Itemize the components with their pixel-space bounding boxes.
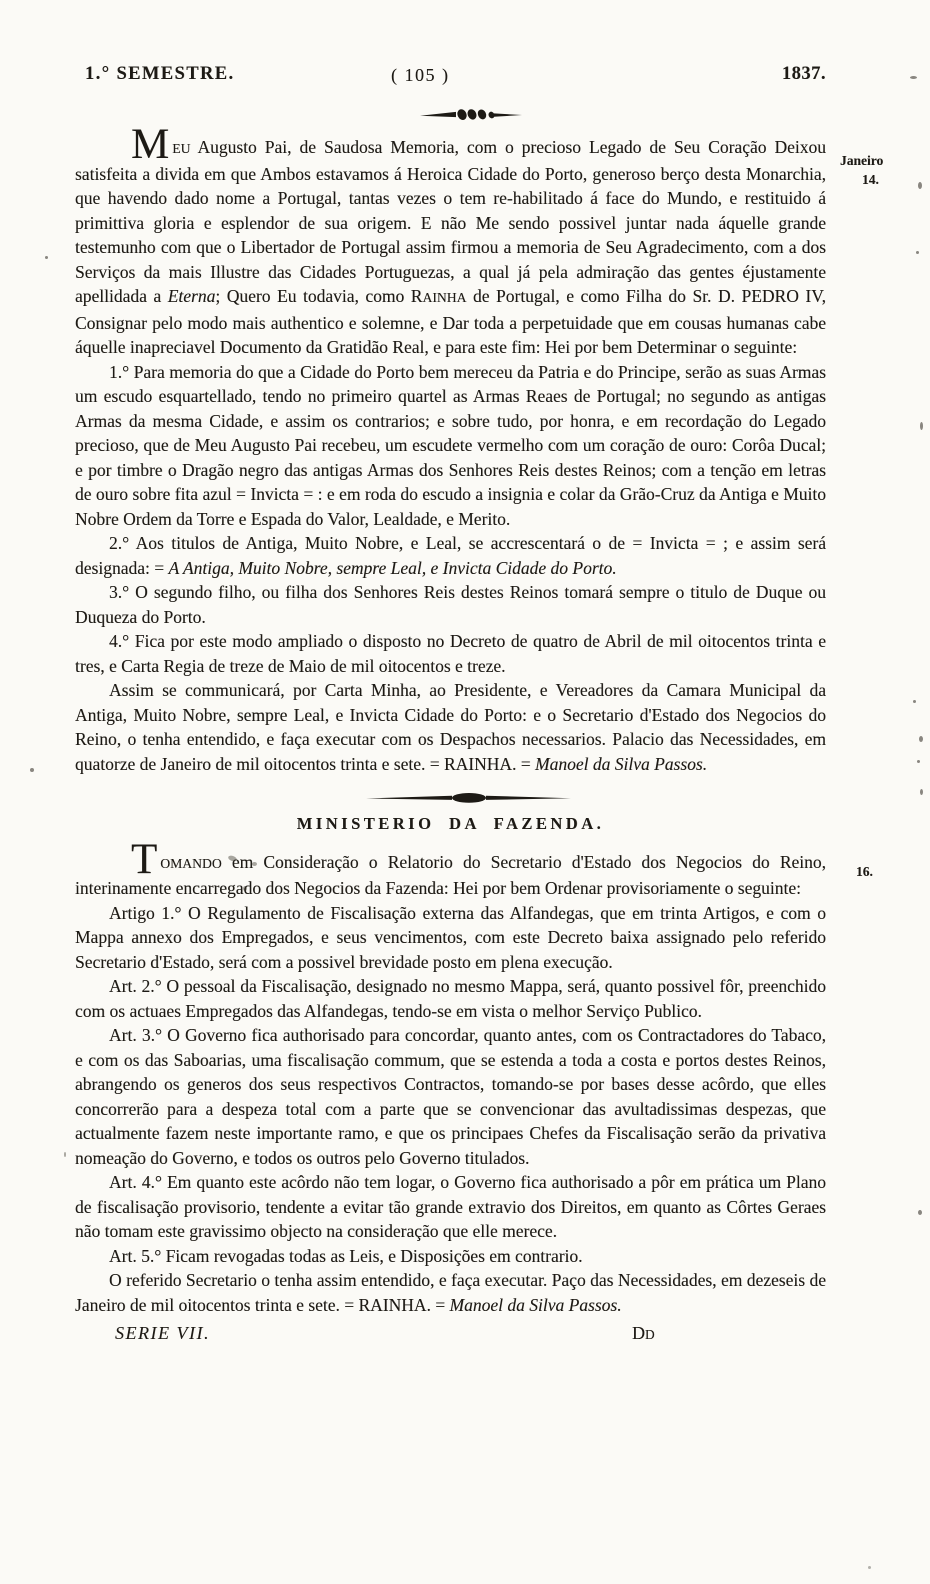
gazette-page: 1.° SEMESTRE. ( 105 ) 1837. Janeiro 14. … <box>0 0 930 1584</box>
scan-speck <box>910 76 917 79</box>
scan-speck <box>45 256 48 259</box>
decree1-article-2: 2.° Aos titulos de Antiga, Muito Nobre, … <box>75 531 826 580</box>
scan-speck <box>243 886 247 891</box>
text-segment: Manoel da Silva Passos. <box>450 1295 622 1315</box>
text-block: 1.° SEMESTRE. ( 105 ) 1837. Janeiro 14. … <box>75 62 826 1353</box>
ornament-swelled-rule-icon <box>366 792 571 804</box>
text-segment: OMANDO <box>160 856 221 871</box>
signature-mark: DD <box>632 1321 655 1348</box>
text-segment: Augusto Pai, de Saudosa Memoria, com o p… <box>75 137 826 306</box>
text-segment: Art. 4.° Em quanto este acôrdo não tem l… <box>75 1172 826 1241</box>
decree2-article-3: Art. 3.° O Governo fica authorisado para… <box>75 1023 826 1170</box>
decree2-article-5: Art. 5.° Ficam revogadas todas as Leis, … <box>75 1244 826 1269</box>
scan-speck <box>64 1152 66 1157</box>
decree2-article-1: Artigo 1.° O Regulamento de Fiscalisação… <box>75 901 826 975</box>
scan-speck <box>920 789 923 795</box>
text-segment: Artigo 1.° O Regulamento de Fiscalisação… <box>75 903 826 972</box>
decree-january-14: Janeiro 14. MEU Augusto Pai, de Saudosa … <box>75 135 826 776</box>
text-segment: Art. 5.° Ficam revogadas todas as Leis, … <box>109 1246 583 1266</box>
text-segment: ; Quero Eu todavia, como R <box>215 286 422 306</box>
decree1-article-4: 4.° Fica por este modo ampliado o dispos… <box>75 629 826 678</box>
text-segment: Assim se communicará, por Carta Minha, a… <box>75 680 826 774</box>
decree1-article-1: 1.° Para memoria do que a Cidade do Port… <box>75 360 826 532</box>
scan-speck <box>916 251 919 254</box>
margin-note-16: 16. <box>856 862 930 881</box>
scan-speck <box>252 862 257 866</box>
semester-label: 1.° SEMESTRE. <box>85 62 234 87</box>
scan-speck <box>919 736 923 742</box>
decree2-article-2: Art. 2.° O pessoal da Fiscalisação, desi… <box>75 974 826 1023</box>
section-heading-ministerio-da-fazenda: MINISTERIO DA FAZENDA. <box>75 812 826 837</box>
decree1-article-3: 3.° O segundo filho, ou filha dos Senhor… <box>75 580 826 629</box>
text-segment: Art. 3.° O Governo fica authorisado para… <box>75 1025 826 1168</box>
running-header: 1.° SEMESTRE. ( 105 ) 1837. <box>75 62 826 90</box>
page-footer: SERIE VII. DD <box>75 1321 826 1353</box>
year-label: 1837. <box>782 62 826 87</box>
text-segment: 1.° Para memoria do que a Cidade do Port… <box>75 362 826 529</box>
text-segment: 3.° O segundo filho, ou filha dos Senhor… <box>75 582 826 627</box>
decree1-closing-paragraph: Assim se communicará, por Carta Minha, a… <box>75 678 826 776</box>
decree2-article-4: Art. 4.° Em quanto este acôrdo não tem l… <box>75 1170 826 1244</box>
decree-january-16: 16. TOMANDO em Consideração o Relatorio … <box>75 850 826 1318</box>
text-segment: 4.° Fica por este modo ampliado o dispos… <box>75 631 826 676</box>
page-number: ( 105 ) <box>391 63 450 88</box>
scan-speck <box>917 760 920 763</box>
text-segment: Eterna <box>168 286 216 306</box>
text-segment: A Antiga, Muito Nobre, sempre Leal, e In… <box>168 558 616 578</box>
ornament-divider-icon <box>420 108 522 122</box>
margin-note-january-14: Janeiro 14. <box>840 151 930 189</box>
scan-speck <box>30 768 34 772</box>
decree2-opening-paragraph: TOMANDO em Consideração o Relatorio do S… <box>75 850 826 901</box>
series-label: SERIE VII. <box>115 1321 210 1346</box>
text-segment: Manoel da Silva Passos. <box>535 754 707 774</box>
text-segment: Art. 2.° O pessoal da Fiscalisação, desi… <box>75 976 826 1021</box>
scan-speck <box>913 700 916 703</box>
drop-cap: T <box>131 836 158 883</box>
scan-speck <box>920 422 923 430</box>
decree2-closing-paragraph: O referido Secretario o tenha assim ente… <box>75 1268 826 1317</box>
text-segment: EU <box>172 141 190 156</box>
drop-cap: M <box>131 121 170 168</box>
text-segment: AINHA <box>422 290 466 305</box>
scan-speck <box>918 182 922 189</box>
scan-speck <box>868 1566 871 1569</box>
scan-speck <box>918 1210 922 1215</box>
decree1-opening-paragraph: MEU Augusto Pai, de Saudosa Memoria, com… <box>75 135 826 360</box>
